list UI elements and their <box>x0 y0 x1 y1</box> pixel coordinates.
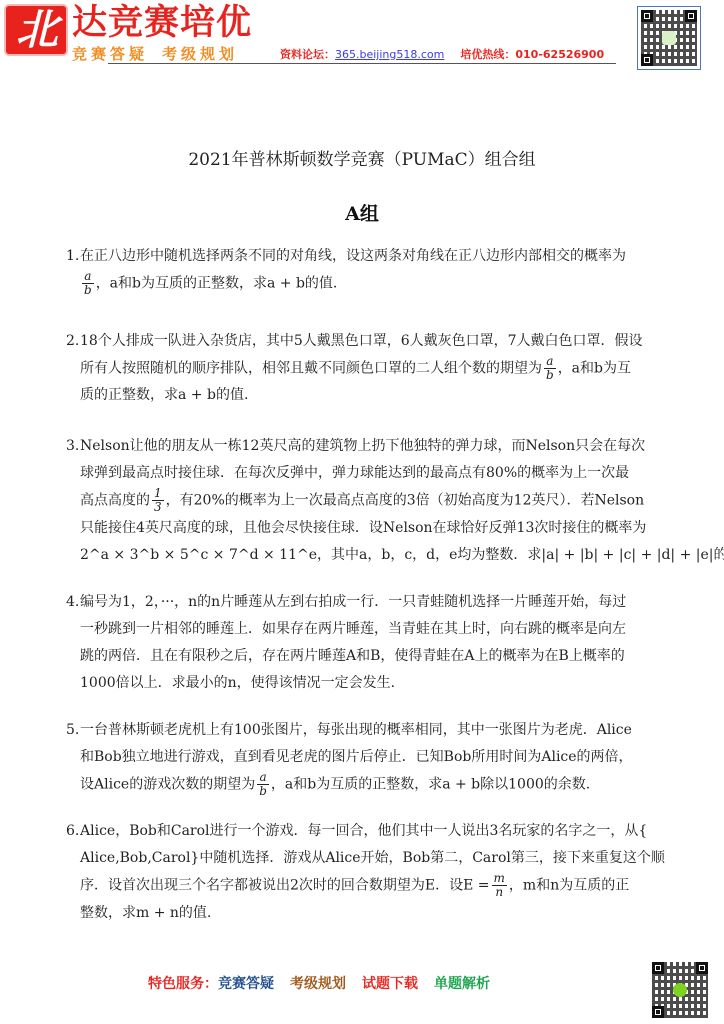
header-divider <box>108 63 616 64</box>
problem-text: 在正八边形中随机选择两条不同的对角线，设这两条对角线在正八边形内部相交的概率为 <box>80 243 676 270</box>
problem-text: Nelson让他的朋友从一栋12英尺高的建筑物上扔下他独特的弹力球，而Nelso… <box>80 433 676 460</box>
qr-code-bottom <box>648 958 712 1022</box>
services-label: 特色服务： <box>148 976 218 992</box>
fraction: ab <box>544 355 556 382</box>
slogan-part-1: 竞赛答疑 <box>72 45 148 63</box>
qr-finder <box>652 1006 664 1018</box>
problem-text: 1000倍以上．求最小的n，使得该情况一定会发生. <box>80 670 676 697</box>
qr-code-top <box>637 6 701 70</box>
problem-text: 2^a × 3^b × 5^c × 7^d × 11^e，其中a，b，c，d，e… <box>80 542 676 569</box>
problem-text-line: 序．设首次出现三个名字都被说出2次时的回合数期望为E．设E =mn，m和n为互质… <box>80 872 676 900</box>
problem-number: 2. <box>66 328 79 355</box>
problem-6: 6. Alice，Bob和Carol进行一个游戏．每一回合，他们其中一人说出3名… <box>66 818 676 927</box>
problem-text-line: 高点高度的13，有20%的概率为上一次最高点高度的3倍（初始高度为12英尺）．若… <box>80 487 676 515</box>
header-info: 资料论坛：365.beijing518.com培优热线：010-62526900 <box>280 46 604 62</box>
qr-finder <box>641 10 653 22</box>
service-contest-qa: 竞赛答疑 <box>218 976 274 992</box>
problem-text: 跳的两倍．且在有限秒之后，存在两片睡莲A和B，使得青蛙在A上的概率为在B上概率的 <box>80 643 676 670</box>
forum-link[interactable]: 365.beijing518.com <box>335 48 444 61</box>
problem-text: 整数，求m + n的值. <box>80 900 676 927</box>
logo: 北 <box>6 6 66 54</box>
problem-text-line: 设Alice的游戏次数的期望为ab，a和b为互质的正整数，求a + b除以100… <box>80 771 676 799</box>
hotline-number: 010-62526900 <box>515 48 604 61</box>
problem-text: Alice,Bob,Carol}中随机选择．游戏从Alice开始，Bob第二，C… <box>80 845 676 872</box>
fraction: ab <box>257 771 269 798</box>
problem-number: 5. <box>66 717 79 744</box>
footer-services: 特色服务：竞赛答疑考级规划试题下载单题解析 <box>148 973 490 993</box>
service-download: 试题下载 <box>362 976 418 992</box>
service-solution: 单题解析 <box>434 976 490 992</box>
hotline-label: 培优热线： <box>460 48 515 61</box>
problem-number: 1. <box>66 243 79 270</box>
problem-number: 3. <box>66 433 79 460</box>
fraction: mn <box>492 872 507 899</box>
problem-text-line: 所有人按照随机的顺序排队，相邻且戴不同颜色口罩的二人组个数的期望为ab，a和b为… <box>80 355 676 383</box>
problem-text: 和Bob独立地进行游戏，直到看见老虎的图片后停止．已知Bob所用时间为Alice… <box>80 744 676 771</box>
problem-3: 3. Nelson让他的朋友从一栋12英尺高的建筑物上扔下他独特的弹力球，而Ne… <box>66 433 676 569</box>
problem-text: 只能接住4英尺高度的球，且他会尽快接住球．设Nelson在球恰好反弹13次时接住… <box>80 515 676 542</box>
fraction: 13 <box>152 487 164 514</box>
brand-name: 达竞赛培优 <box>72 2 252 44</box>
forum-label: 资料论坛： <box>280 48 335 61</box>
problem-text: 一台普林斯顿老虎机上有100张图片，每张出现的概率相同，其中一张图片为老虎．Al… <box>80 717 676 744</box>
problem-text: 球弹到最高点时接住球．在每次反弹中，弹力球能达到的最高点有80%的概率为上一次最 <box>80 460 676 487</box>
problem-list: 1. 在正八边形中随机选择两条不同的对角线，设这两条对角线在正八边形内部相交的概… <box>66 243 676 949</box>
problem-text: 18个人排成一队进入杂货店，其中5人戴黑色口罩，6人戴灰色口罩，7人戴白色口罩．… <box>80 328 676 355</box>
problem-2: 2. 18个人排成一队进入杂货店，其中5人戴黑色口罩，6人戴灰色口罩，7人戴白色… <box>66 328 676 410</box>
fraction: ab <box>82 270 94 297</box>
service-exam-planning: 考级规划 <box>290 976 346 992</box>
problem-text: 质的正整数，求a + b的值. <box>80 382 676 409</box>
qr-finder <box>696 962 708 974</box>
problem-text: Alice，Bob和Carol进行一个游戏．每一回合，他们其中一人说出3名玩家的… <box>80 818 676 845</box>
problem-number: 4. <box>66 589 79 616</box>
document-title: 2021年普林斯顿数学竞赛（PUMaC）组合组 <box>0 145 724 170</box>
qr-finder <box>685 10 697 22</box>
problem-number: 6. <box>66 818 79 845</box>
problem-5: 5. 一台普林斯顿老虎机上有100张图片，每张出现的概率相同，其中一张图片为老虎… <box>66 717 676 799</box>
qr-finder <box>652 962 664 974</box>
brand-slogan: 竞赛答疑考级规划 <box>72 43 238 64</box>
qr-finder <box>641 54 653 66</box>
qr-logo-icon <box>662 31 676 45</box>
problem-4: 4. 编号为1，2，···，n的n片睡莲从左到右拍成一行．一只青蛙随机选择一片睡… <box>66 589 676 697</box>
problem-text-line: ab，a和b为互质的正整数，求a + b的值. <box>80 270 676 298</box>
problem-text: 编号为1，2，···，n的n片睡莲从左到右拍成一行．一只青蛙随机选择一片睡莲开始… <box>80 589 676 616</box>
problem-1: 1. 在正八边形中随机选择两条不同的对角线，设这两条对角线在正八边形内部相交的概… <box>66 243 676 298</box>
problem-text: 一秒跳到一片相邻的睡莲上．如果存在两片睡莲，当青蛙在其上时，向右跳的概率是向左 <box>80 616 676 643</box>
logo-glyph: 北 <box>6 6 66 54</box>
section-title: A组 <box>0 199 724 226</box>
slogan-part-2: 考级规划 <box>162 45 238 63</box>
wechat-icon <box>673 983 687 997</box>
